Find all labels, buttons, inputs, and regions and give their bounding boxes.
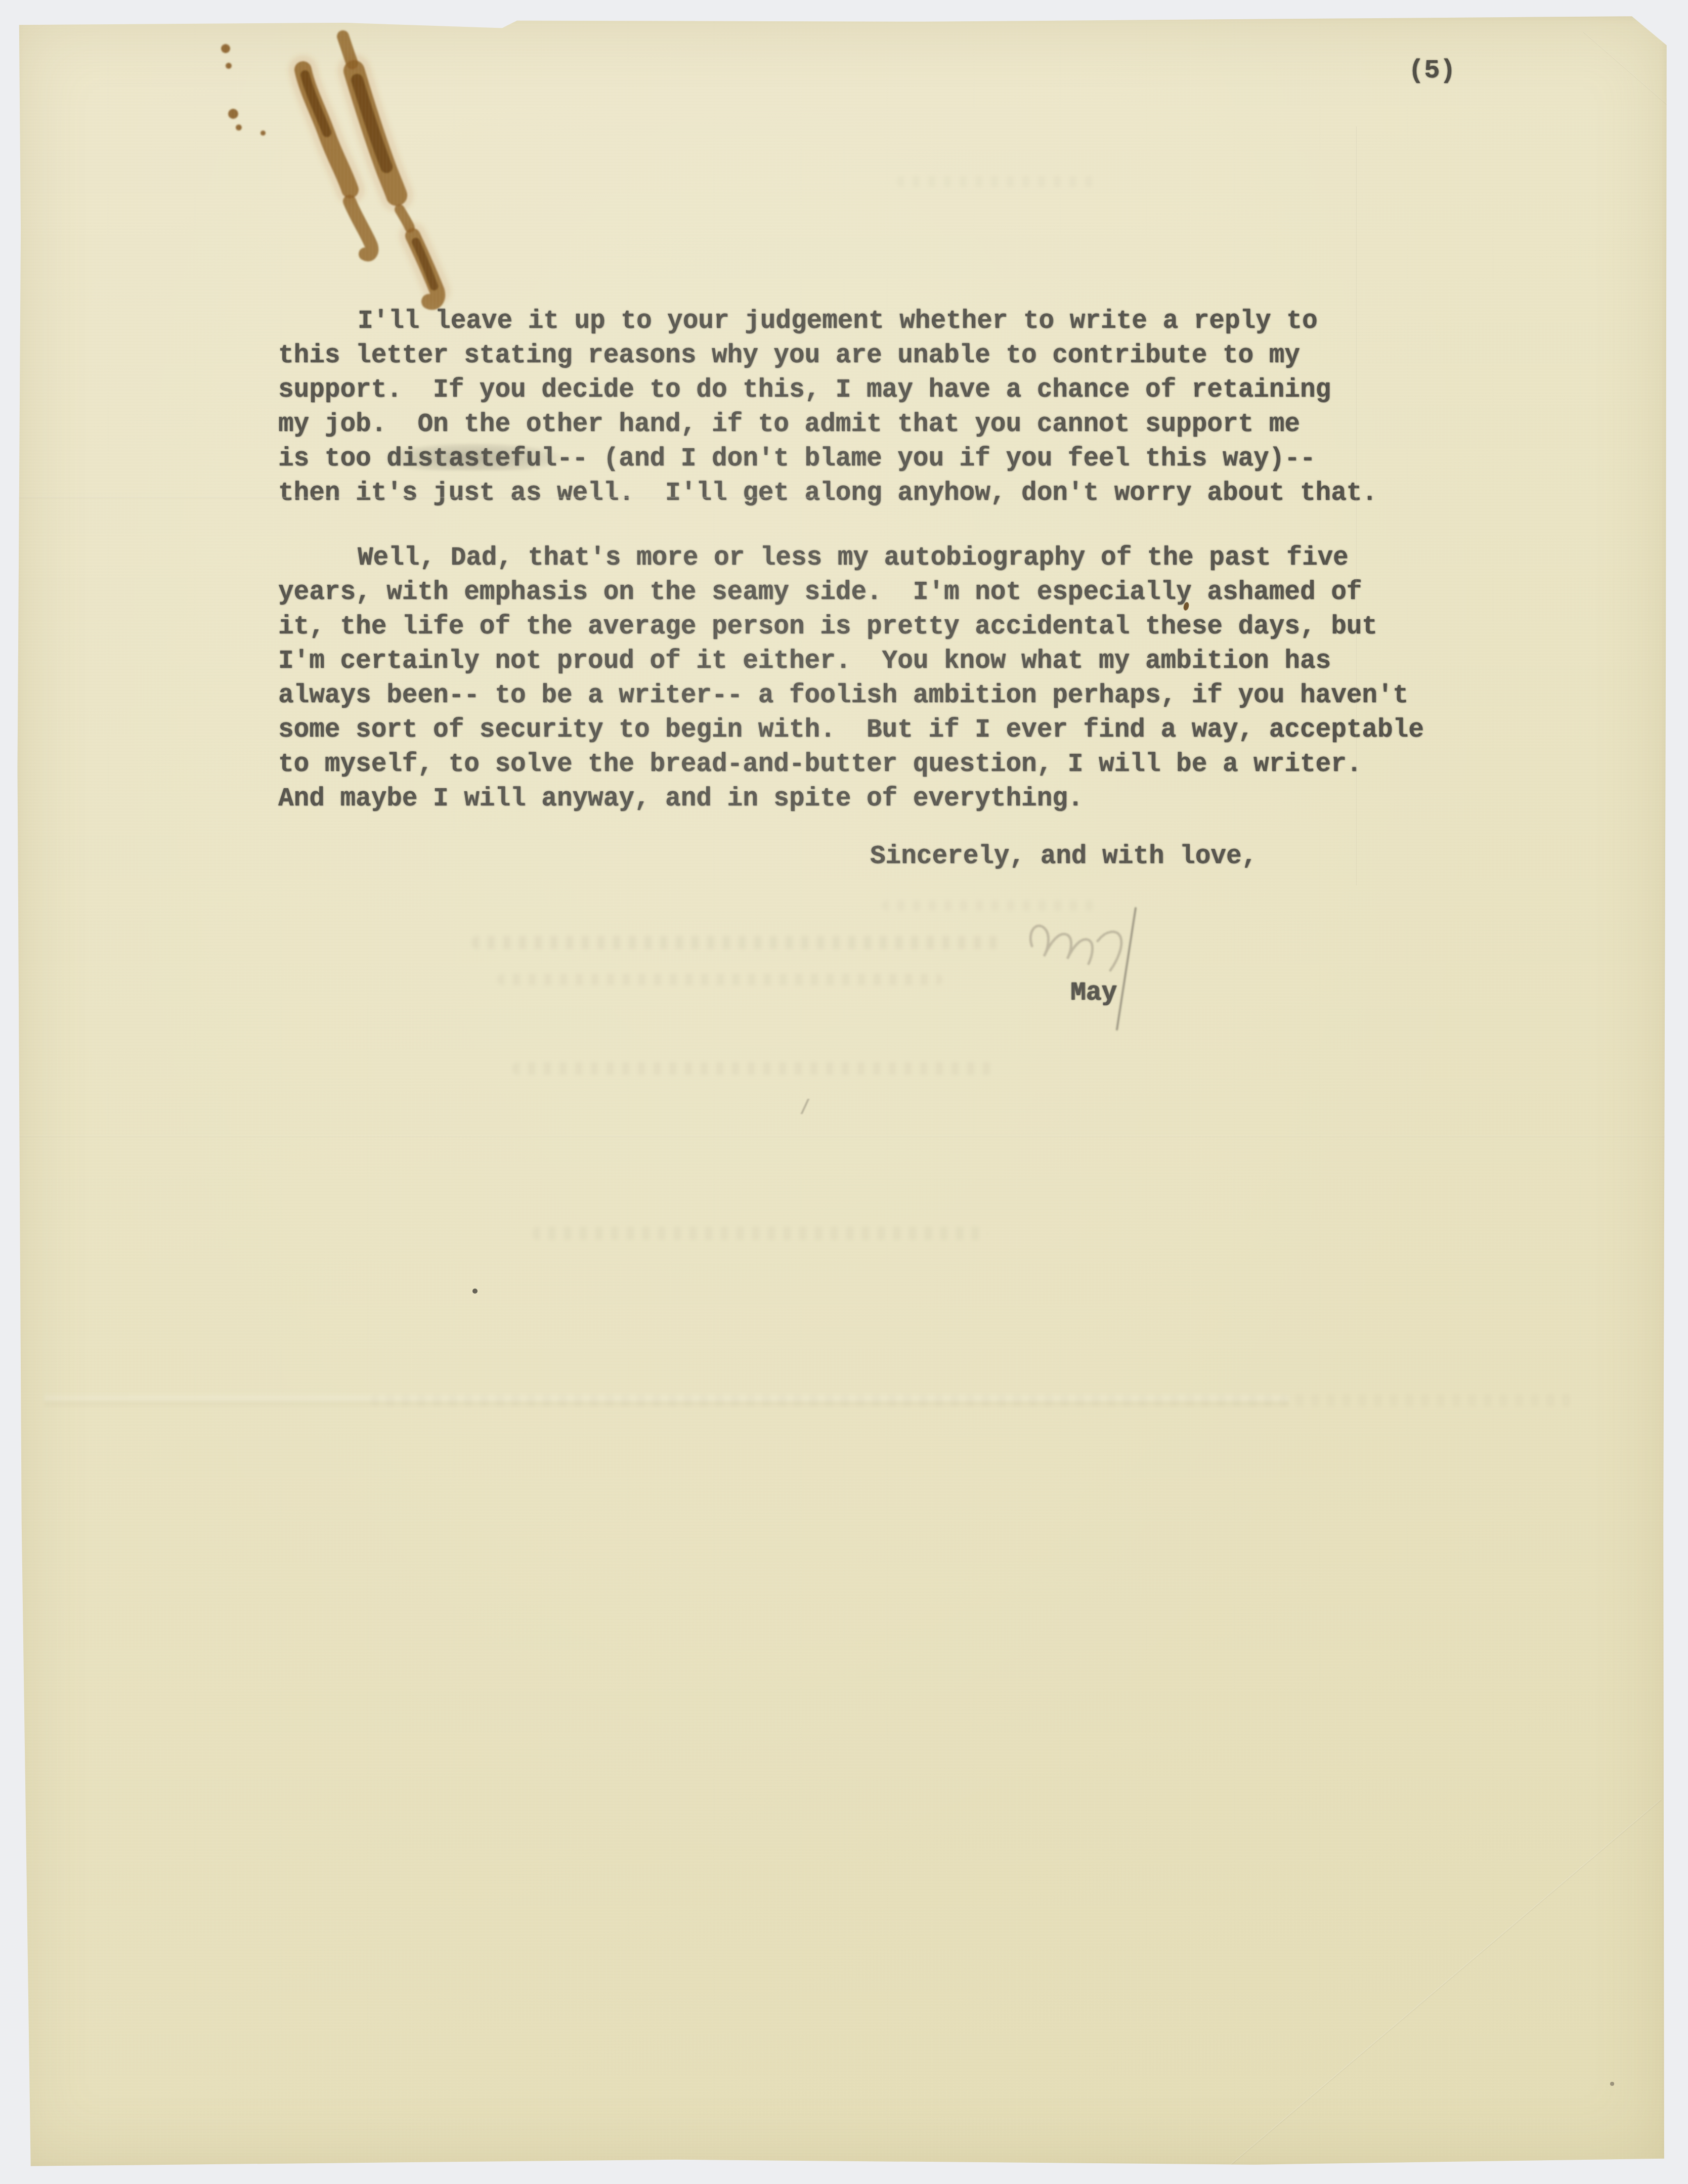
diagonal-corner-crease [1229,1799,1662,2167]
ink-fleck [1610,2082,1614,2086]
bleed-through-smudge [512,1062,993,1075]
bleed-through-smudge [472,936,1003,949]
pencil-scrawl [991,880,1163,1052]
diagonal-corner-crease [1583,31,1671,108]
closing-line: Sincerely, and with love, [870,840,1257,874]
typed-signature: May [1070,976,1117,1011]
text-line: I'll leave it up to your judgement wheth… [278,305,1543,339]
text-line: some sort of security to begin with. But… [278,713,1543,748]
bleed-through-smudge [497,974,942,985]
page-number: (5) [1408,54,1456,88]
bleed-through-smudge [371,1394,1575,1406]
pencil-stroke [1117,908,1136,1030]
horizontal-scuff-band [45,1392,1289,1407]
text-line: I'm certainly not proud of it either. Yo… [278,645,1543,679]
horizontal-crease [14,1136,1668,1137]
paragraph-1: I'll leave it up to your judgement wheth… [278,305,1543,511]
text-line: years, with emphasis on the seamy side. … [278,576,1543,610]
text-line: support. If you decide to do this, I may… [278,373,1543,408]
bleed-through-smudge [882,901,1099,911]
bleed-through-smudge [533,1227,988,1240]
text-line: always been-- to be a writer-- a foolish… [278,679,1543,713]
text-line: then it's just as well. I'll get along a… [278,477,1543,511]
text-line: And maybe I will anyway, and in spite of… [278,782,1543,817]
bleed-through-smudge [897,176,1099,187]
text-line: Well, Dad, that's more or less my autobi… [278,541,1543,576]
text-line: is too distasteful-- (and I don't blame … [278,442,1543,477]
ink-fleck [472,1289,478,1294]
scan-background: { "colors": { "background": "#edeef1", "… [0,0,1688,2184]
text-line: my job. On the other hand, if to admit t… [278,408,1543,442]
pencil-tick [798,1099,811,1114]
text-line: to myself, to solve the bread-and-butter… [278,748,1543,782]
text-line: this letter stating reasons why you are … [278,339,1543,373]
paragraph-2: Well, Dad, that's more or less my autobi… [278,541,1543,817]
letter-page: (5) I'll leave it up to your judgement w… [14,15,1668,2169]
text-line: it, the life of the average person is pr… [278,610,1543,645]
